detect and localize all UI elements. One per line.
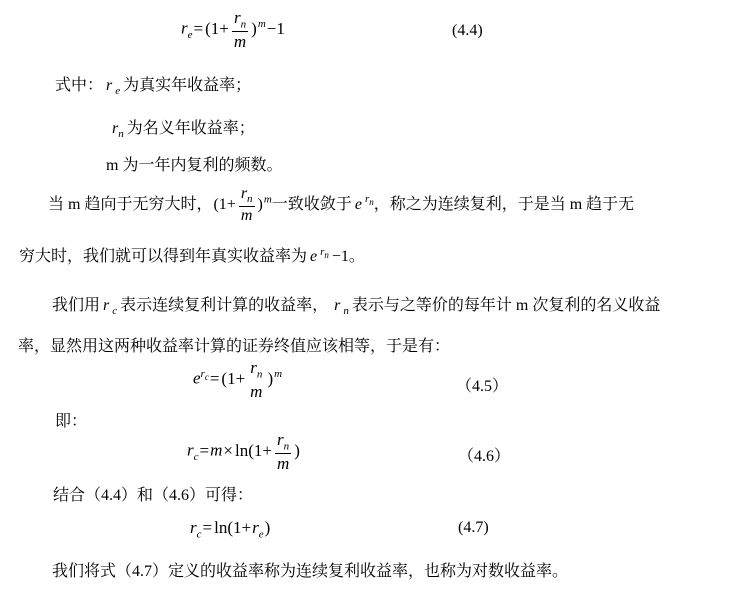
where-clause-line: 式中：re为真实年收益率； [55, 72, 254, 97]
ln-open: ln(1+ [214, 518, 251, 537]
namely-line: 即： [55, 408, 87, 431]
definition-rn-line: rn为名义年收益率； [112, 115, 258, 140]
var-sub-c: c [197, 528, 202, 540]
equation-label-4-4: (4.4) [452, 22, 483, 40]
var-r: r [234, 8, 241, 27]
open-paren: (1+ [213, 196, 235, 213]
equals-sign: = [194, 19, 204, 38]
paragraph-2-line-2: 率，显然用这两种收益率计算的证券终值应该相等，于是有： [18, 333, 450, 356]
var-r: r [277, 430, 284, 449]
equation-label-4-7: (4.7) [458, 519, 489, 537]
equation-4-4: re=(1+rnm)m−1 [181, 8, 286, 52]
var-r: r [103, 297, 109, 314]
exponent-m: m [274, 368, 282, 380]
fraction: rnm [232, 8, 248, 52]
var-e: e [310, 248, 317, 265]
fraction-denominator: m [248, 381, 264, 402]
p2-text-3: 表示与之等价的每年计 m 次复利的名义收益 [352, 297, 660, 314]
equation-4-7: rc=ln(1+re) [190, 518, 271, 540]
final-line: 我们将式（4.7）定义的收益率称为连续复利收益率，也称为对数收益率。 [52, 558, 568, 581]
fraction-numerator: rn [232, 8, 248, 31]
var-r: r [250, 358, 257, 377]
var-sub-e: e [188, 29, 193, 41]
open-paren: (1+ [221, 369, 245, 388]
exponent-m: m [264, 193, 272, 205]
p2-text-1: 我们用 [52, 297, 100, 314]
exponent-rn: rn [365, 193, 374, 205]
var-r: r [181, 19, 188, 38]
var-sub-e: e [115, 85, 120, 97]
fraction: rnm [248, 358, 264, 402]
close-paren: ) [251, 19, 257, 38]
fraction: rnm [275, 430, 291, 474]
where-definition: 为真实年收益率； [123, 77, 251, 94]
document-page: re=(1+rnm)m−1 (4.4) 式中：re为真实年收益率； rn为名义年… [0, 0, 735, 606]
equals-sign: = [200, 441, 210, 460]
var-r: r [334, 297, 340, 314]
var-sub-n: n [324, 250, 329, 260]
fraction-numerator: rn [275, 430, 291, 453]
p1-text-1: 当 m 趋向于无穷大时， [48, 196, 212, 213]
open-paren: (1+ [205, 19, 229, 38]
var-e: e [193, 369, 201, 388]
p1-text-2: 一致收敛于 [272, 196, 352, 213]
combine-line: 结合（4.4）和（4.6）可得： [53, 482, 253, 505]
paragraph-2-line-1: 我们用rc表示连续复利计算的收益率，rn表示与之等价的每年计 m 次复利的名义收… [52, 292, 663, 317]
var-r: r [187, 441, 194, 460]
equals-sign: = [210, 369, 220, 388]
var-r: r [190, 518, 197, 537]
p1-text-5: −1。 [332, 248, 365, 265]
exponent-rc: rc [201, 368, 209, 380]
p1-text-4: 穷大时，我们就可以得到年真实收益率为 [19, 248, 307, 265]
var-sub-n: n [343, 305, 349, 317]
close-paren: ) [258, 196, 263, 213]
fraction-numerator: rn [239, 185, 255, 206]
close-paren: ) [294, 441, 300, 460]
ln-open: ln(1+ [235, 441, 272, 460]
var-m: m [210, 441, 222, 460]
var-sub-c: c [112, 305, 117, 317]
where-lead: 式中： [55, 77, 103, 94]
var-sub-n: n [241, 18, 247, 30]
var-r: r [252, 518, 259, 537]
var-sub-c: c [205, 372, 209, 382]
fraction: rnm [239, 185, 255, 225]
fraction-numerator: rn [248, 358, 264, 381]
equals-sign: = [203, 518, 213, 537]
rn-definition: 为名义年收益率； [127, 120, 255, 137]
var-sub-n: n [118, 128, 124, 140]
close-paren: ) [265, 518, 271, 537]
multiply-sign: × [223, 441, 233, 460]
equation-4-5: erc=(1+rnm)m [193, 358, 282, 402]
equation-4-6: rc=m×ln(1+rnm) [187, 430, 301, 474]
var-sub-e: e [259, 528, 264, 540]
var-sub-n: n [284, 440, 290, 452]
minus-one-term: −1 [267, 19, 285, 38]
var-sub-c: c [194, 451, 199, 463]
paragraph-1-line-2: 穷大时，我们就可以得到年真实收益率为ern−1。 [19, 243, 368, 266]
close-paren: ) [267, 369, 273, 388]
p2-text-2: 表示连续复利计算的收益率， [120, 297, 328, 314]
p1-text-3: ，称之为连续复利，于是当 m 趋于无 [374, 196, 634, 213]
var-sub-n: n [257, 368, 263, 380]
fraction-denominator: m [232, 31, 248, 52]
equation-label-4-5: （4.5） [456, 373, 508, 396]
paragraph-1-line-1: 当 m 趋向于无穷大时，(1+rnm)m一致收敛于ern，称之为连续复利，于是当… [48, 185, 634, 225]
fraction-denominator: m [239, 206, 255, 225]
var-sub-n: n [247, 193, 253, 205]
exponent-rn: rn [320, 246, 329, 258]
definition-m-line: m 为一年内复利的频数。 [106, 152, 282, 175]
var-e: e [355, 196, 362, 213]
equation-label-4-6: （4.6） [458, 443, 510, 466]
exponent-m: m [258, 18, 266, 30]
var-r: r [106, 77, 112, 94]
fraction-denominator: m [275, 453, 291, 474]
